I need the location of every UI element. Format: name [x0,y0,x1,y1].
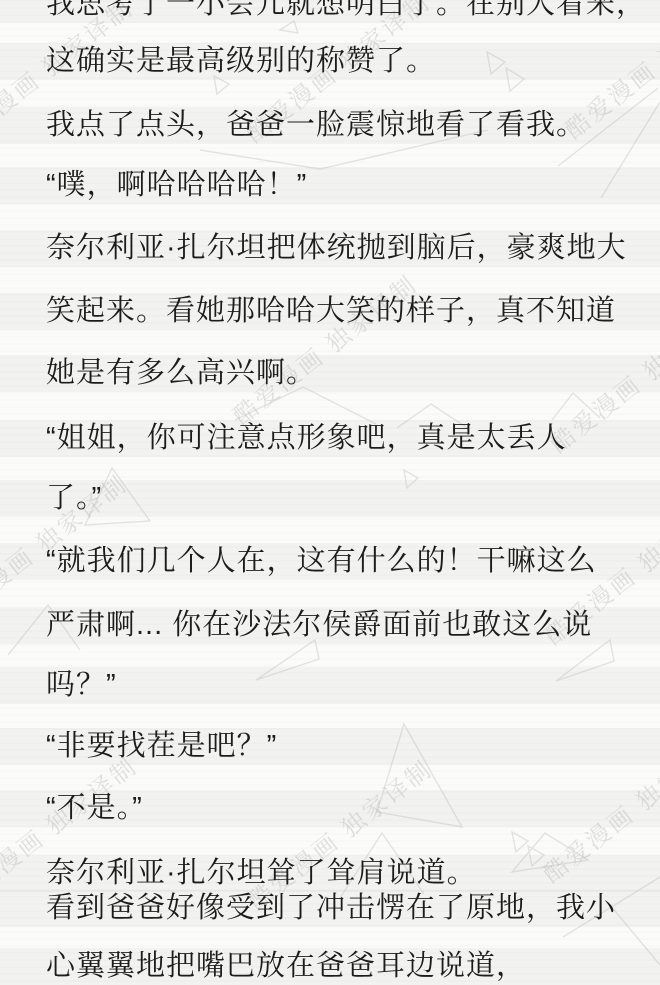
novel-text-line: 笑起来。看她那哈哈大笑的样子，真不知道 [0,293,660,330]
novel-text-line: 我点了点头，爸爸一脸震惊地看了看我。 [0,107,660,144]
novel-text-line: “噗，啊哈哈哈哈！” [0,167,660,204]
novel-text: 我思考了一小会儿就想明白了。在别人看来，这确实是最高级别的称赞了。我点了点头，爸… [0,0,660,985]
novel-text-line: 她是有多么高兴啊。 [0,355,660,392]
novel-text-line: 奈尔利亚·扎尔坦把体统抛到脑后，豪爽地大 [0,230,660,267]
novel-text-line: 吗？” [0,667,660,704]
novel-text-line: “姐姐，你可注意点形象吧，真是太丢人 [0,420,660,457]
novel-text-line: “不是。” [0,790,660,827]
novel-text-line: 心翼翼地把嘴巴放在爸爸耳边说道， [0,948,660,985]
novel-text-line: “就我们几个人在，这有什么的！干嘛这么 [0,543,660,580]
novel-text-line: 严肃啊... 你在沙法尔侯爵面前也敢这么说 [0,607,660,644]
novel-text-line: “非要找茬是吧？” [0,728,660,765]
novel-text-line: 这确实是最高级别的称赞了。 [0,43,660,80]
novel-text-line: 看到爸爸好像受到了冲击愣在了原地，我小 [0,890,660,927]
novel-text-line: 奈尔利亚·扎尔坦耸了耸肩说道。 [0,855,660,892]
novel-reader-page: 酷爱漫画 独家译制酷爱漫画 独家译制酷爱漫画 独家译制酷爱漫画 独家译制酷爱漫画… [0,0,660,985]
novel-text-line: 了。” [0,480,660,517]
novel-text-line: 我思考了一小会儿就想明白了。在别人看来， [0,0,660,23]
